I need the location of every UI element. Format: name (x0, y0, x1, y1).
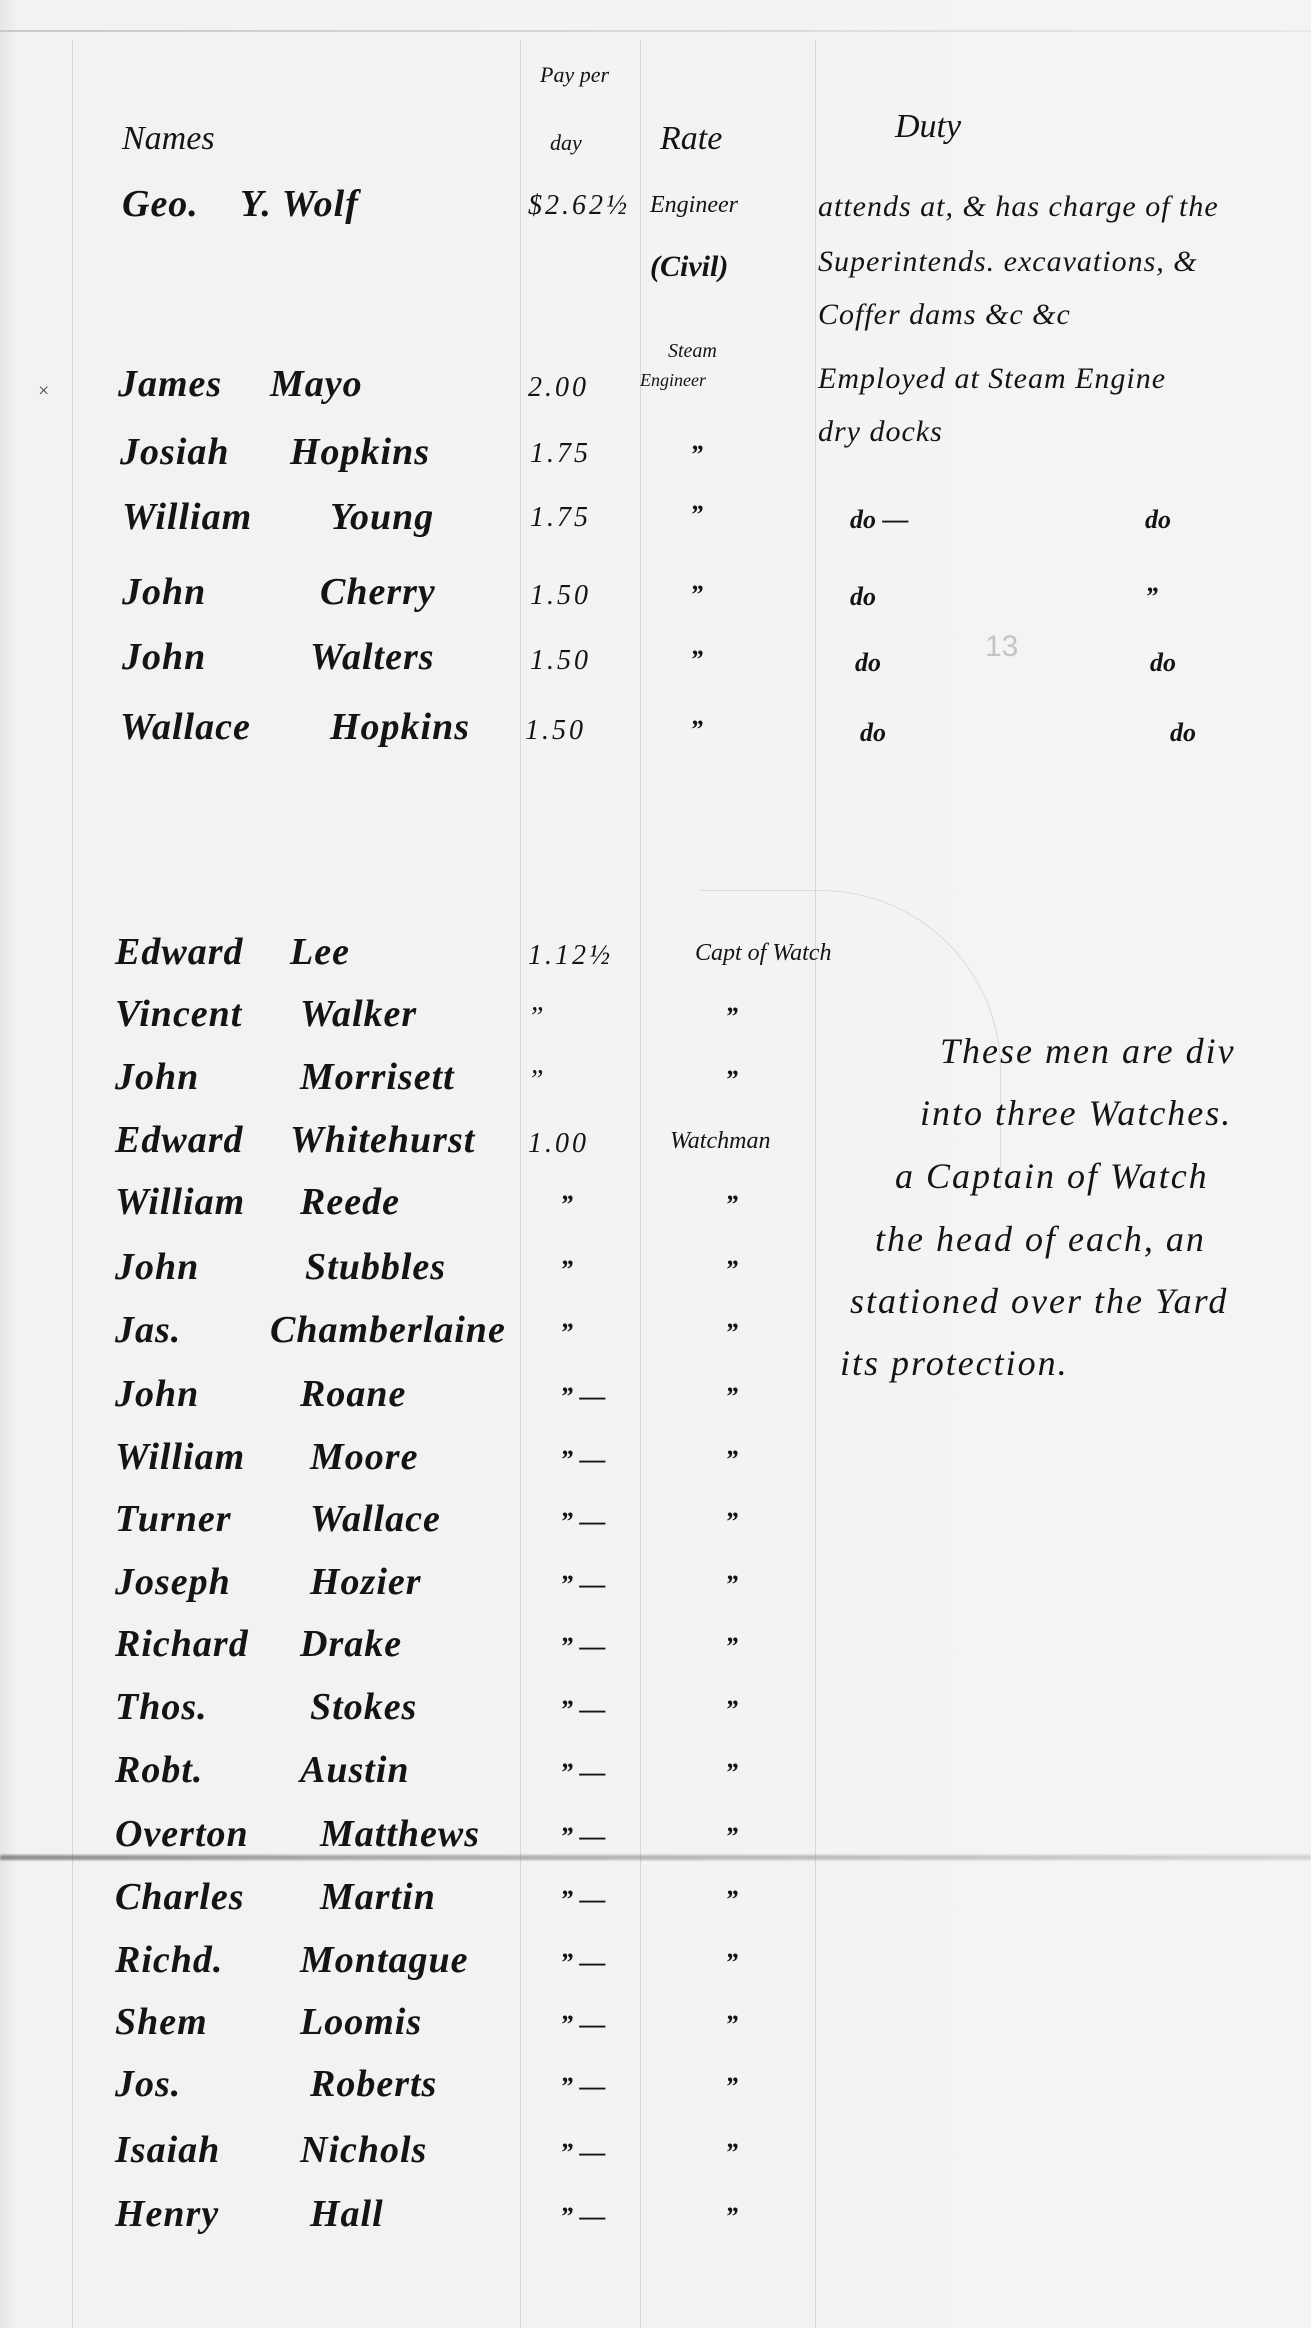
entry-rate: ” (725, 1570, 738, 1600)
entry-pay: ” (528, 1065, 547, 1097)
entry-rate: ” (725, 1632, 738, 1662)
entry-first-name: John (122, 635, 206, 679)
entry-first-name: Isaiah (115, 2128, 220, 2172)
entry-pay: 1.50 (530, 580, 591, 612)
entry-first-name: John (115, 1245, 199, 1289)
entry-last-name: Morrisett (300, 1055, 455, 1099)
top-rule (0, 30, 1311, 32)
entry-pay: ” — (560, 2010, 606, 2040)
duty-line: Superintends. excavations, & (818, 245, 1198, 279)
margin-check-mark: × (38, 380, 49, 403)
ledger-page: Names Pay per day Rate Duty Geo. Y. Wolf… (0, 0, 1311, 2328)
entry-rate: ” (725, 1002, 738, 1032)
entry-last-name: Walters (310, 635, 435, 679)
entry-rate: ” (725, 1822, 738, 1852)
entry-first-name: Turner (115, 1497, 232, 1541)
entry-first-name: Josiah (120, 430, 229, 474)
entry-last-name: Roane (300, 1372, 406, 1416)
entry-pay: ” (528, 1002, 547, 1034)
entry-first-name: Henry (115, 2192, 219, 2236)
entry-pay: ” — (560, 1632, 606, 1662)
entry-first-name: John (122, 570, 206, 614)
duty-line: Employed at Steam Engine (818, 362, 1166, 396)
entry-pay: ” — (560, 1948, 606, 1978)
duty-line: Coffer dams &c &c (818, 298, 1071, 332)
margin-line (72, 40, 73, 2328)
entry-last-name: Mayo (270, 362, 363, 406)
entry-pay: ” — (560, 1507, 606, 1537)
entry-pay: ” (560, 1318, 573, 1348)
entry-rate: ” (725, 2202, 738, 2232)
entry-rate-ditto: ” (690, 500, 703, 530)
entry-pay: 1.75 (530, 438, 591, 470)
duty-ditto: do (855, 648, 881, 678)
entry-rate-ditto: ” (690, 645, 703, 675)
entry-rate: ” (725, 1507, 738, 1537)
entry-pay: 1.12½ (528, 940, 613, 972)
entry-pay: ” — (560, 1382, 606, 1412)
entry-pay: ” — (560, 1758, 606, 1788)
entry-first-name: William (115, 1180, 245, 1224)
entry-rate: ” (725, 1758, 738, 1788)
entry-rate: ” (725, 2010, 738, 2040)
duty-ditto: do (860, 718, 886, 748)
entry-last-name: Wallace (310, 1497, 441, 1541)
entry-pay: 1.00 (528, 1128, 589, 1160)
duty-ditto: ” (1145, 582, 1158, 612)
entry-rate: ” (725, 2072, 738, 2102)
entry-rate-qualifier: (Civil) (650, 250, 728, 284)
entry-last-name: Roberts (310, 2062, 437, 2106)
entry-first-name: Wallace (120, 705, 251, 749)
header-pay-line2: day (550, 130, 582, 156)
entry-pay: ” — (560, 2202, 606, 2232)
column-divider-pay (520, 40, 521, 2328)
header-duty: Duty (895, 108, 961, 146)
entry-first-name: Jas. (115, 1308, 181, 1352)
entry-first-name: Richd. (115, 1938, 223, 1982)
entry-last-name: Cherry (320, 570, 436, 614)
entry-first-name: Geo. (122, 182, 199, 226)
entry-first-name: John (115, 1372, 199, 1416)
entry-pay: ” — (560, 1445, 606, 1475)
entry-first-name: Vincent (115, 992, 242, 1036)
entry-rate: Capt of Watch (695, 940, 831, 967)
entry-last-name: Montague (300, 1938, 468, 1982)
entry-first-name: Joseph (115, 1560, 231, 1604)
entry-pay: 1.50 (530, 645, 591, 677)
entry-last-name: Matthews (320, 1812, 480, 1856)
header-pay-line1: Pay per (540, 62, 609, 88)
entry-rate-ditto: ” (690, 440, 703, 470)
note-line: stationed over the Yard (850, 1280, 1228, 1322)
entry-rate-ditto: ” (690, 715, 703, 745)
entry-first-name: Edward (115, 1118, 243, 1162)
entry-last-name: Walker (300, 992, 417, 1036)
entry-pay: ” — (560, 2138, 606, 2168)
entry-last-name: Hopkins (330, 705, 470, 749)
header-names: Names (122, 120, 215, 158)
note-line: These men are div (940, 1030, 1236, 1072)
duty-line: attends at, & has charge of the (818, 190, 1219, 224)
entry-last-name: Moore (310, 1435, 418, 1479)
entry-first-name: Shem (115, 2000, 208, 2044)
note-line: a Captain of Watch (895, 1155, 1209, 1197)
note-line: its protection. (840, 1342, 1069, 1384)
entry-last-name: Reede (300, 1180, 400, 1224)
entry-pay: ” — (560, 1885, 606, 1915)
duty-ditto: do — (850, 505, 909, 535)
entry-rate: ” (725, 1695, 738, 1725)
entry-rate-line2: Engineer (640, 370, 706, 391)
duty-ditto: do (850, 582, 876, 612)
entry-first-name: Charles (115, 1875, 244, 1919)
duty-ditto: do (1145, 505, 1171, 535)
duty-ditto: do (1170, 718, 1196, 748)
note-line: the head of each, an (875, 1218, 1206, 1260)
entry-last-name: Y. Wolf (240, 182, 359, 226)
entry-last-name: Drake (300, 1622, 402, 1666)
entry-last-name: Hopkins (290, 430, 430, 474)
entry-last-name: Hozier (310, 1560, 422, 1604)
entry-first-name: Overton (115, 1812, 249, 1856)
entry-pay: ” — (560, 2072, 606, 2102)
entry-first-name: John (115, 1055, 199, 1099)
entry-last-name: Austin (300, 1748, 410, 1792)
entry-rate: ” (725, 1318, 738, 1348)
entry-last-name: Loomis (300, 2000, 422, 2044)
entry-first-name: William (115, 1435, 245, 1479)
page-number-stamp: 13 (985, 630, 1018, 664)
entry-rate: ” (725, 1445, 738, 1475)
entry-rate: Watchman (670, 1128, 770, 1155)
entry-pay: ” (560, 1255, 573, 1285)
entry-rate: Engineer (650, 192, 738, 219)
entry-pay: $2.62½ (528, 190, 630, 222)
duty-line: dry docks (818, 415, 943, 449)
entry-first-name: Richard (115, 1622, 249, 1666)
entry-last-name: Whitehurst (290, 1118, 475, 1162)
entry-last-name: Stokes (310, 1685, 417, 1729)
entry-last-name: Lee (290, 930, 350, 974)
entry-last-name: Chamberlaine (270, 1308, 506, 1352)
entry-pay: ” — (560, 1570, 606, 1600)
entry-pay: ” (560, 1190, 573, 1220)
entry-last-name: Hall (310, 2192, 384, 2236)
entry-first-name: James (118, 362, 222, 406)
entry-last-name: Nichols (300, 2128, 427, 2172)
entry-pay: ” — (560, 1695, 606, 1725)
entry-first-name: William (122, 495, 252, 539)
header-rate: Rate (660, 120, 722, 158)
entry-rate: ” (725, 1255, 738, 1285)
entry-last-name: Martin (320, 1875, 436, 1919)
entry-last-name: Stubbles (305, 1245, 446, 1289)
entry-rate: ” (725, 2138, 738, 2168)
entry-first-name: Thos. (115, 1685, 208, 1729)
entry-first-name: Robt. (115, 1748, 203, 1792)
entry-pay: 1.50 (525, 715, 586, 747)
entry-pay: 1.75 (530, 502, 591, 534)
entry-first-name: Jos. (115, 2062, 181, 2106)
entry-rate: ” (725, 1948, 738, 1978)
entry-last-name: Young (330, 495, 434, 539)
entry-pay: 2.00 (528, 372, 589, 404)
entry-rate: ” (725, 1190, 738, 1220)
duty-ditto: do (1150, 648, 1176, 678)
entry-rate: ” (725, 1382, 738, 1412)
entry-rate-ditto: ” (690, 580, 703, 610)
entry-first-name: Edward (115, 930, 243, 974)
entry-rate: Steam (668, 340, 717, 363)
note-line: into three Watches. (920, 1092, 1232, 1134)
entry-pay: ” — (560, 1822, 606, 1852)
entry-rate: ” (725, 1885, 738, 1915)
entry-rate: ” (725, 1065, 738, 1095)
